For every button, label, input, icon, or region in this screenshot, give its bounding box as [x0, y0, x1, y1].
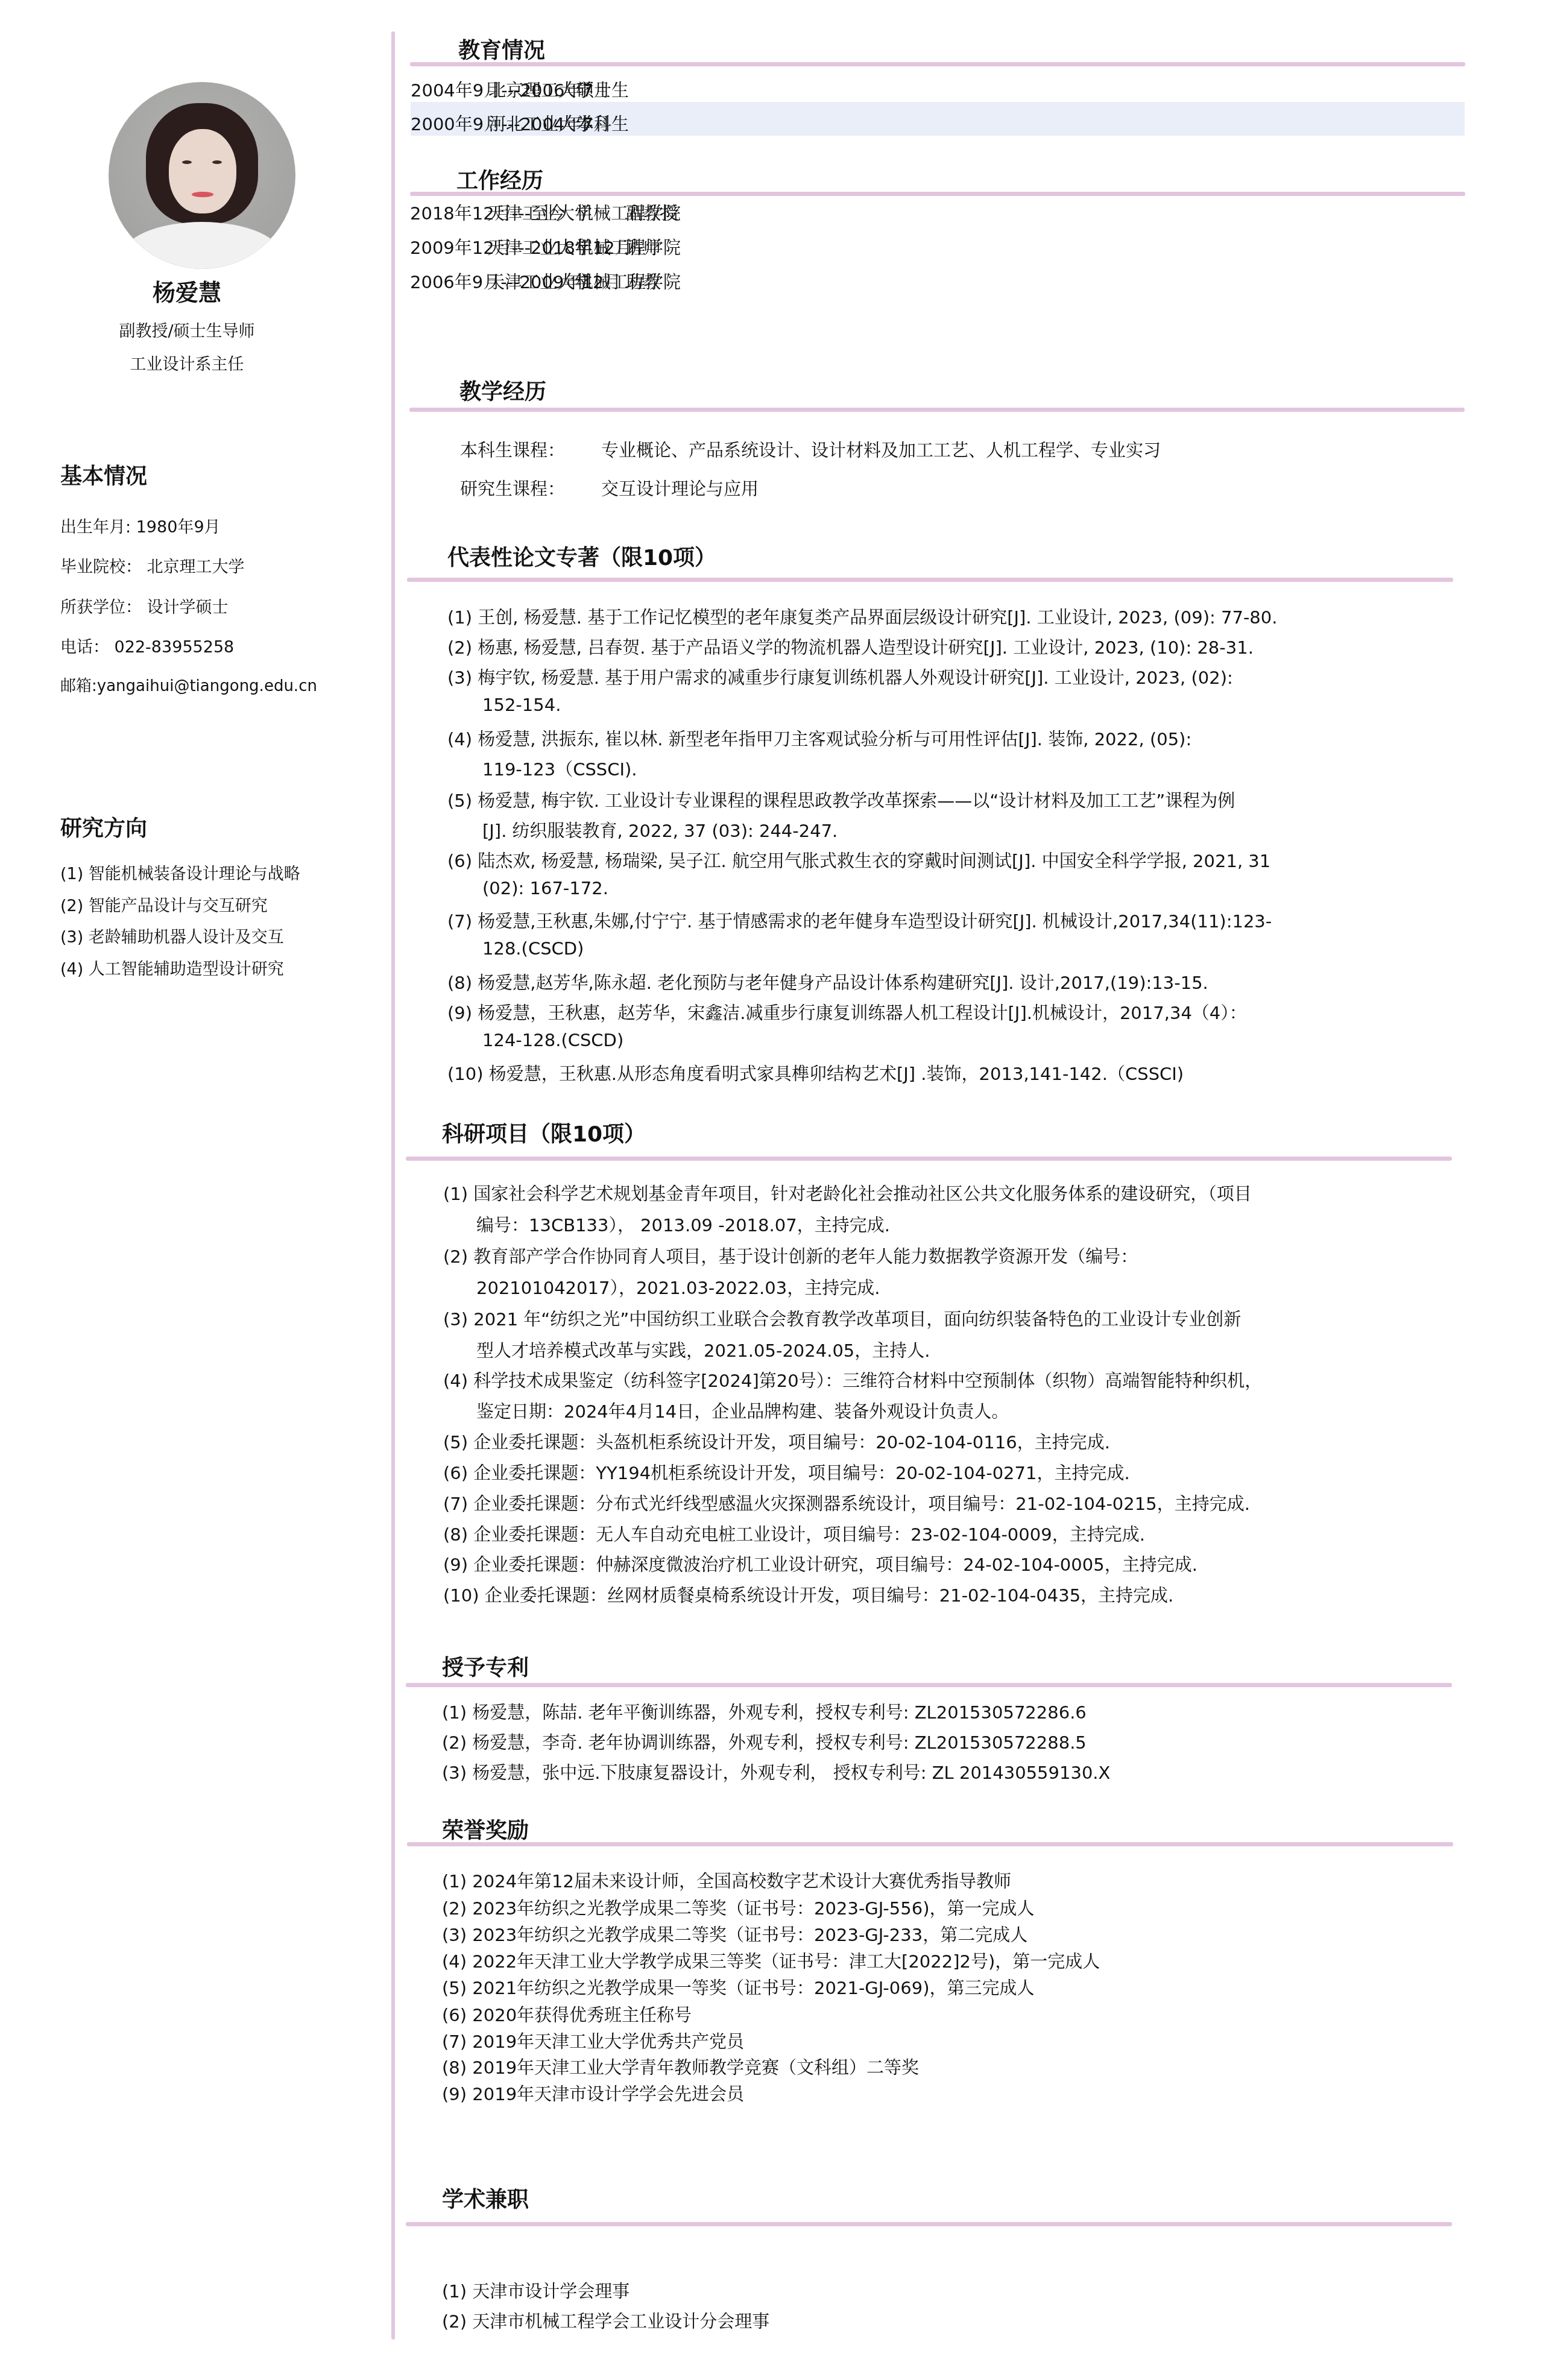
work-role: 助教: [626, 269, 661, 294]
work-rule: [410, 192, 1465, 196]
project-item: (3) 2021 年“纺织之光”中国纺织工业联合会教育教学改革项目，面向纺织装备…: [443, 1306, 1241, 1331]
paper-item-cont: 124-128.(CSCD): [482, 1030, 623, 1050]
project-item-cont: 鉴定日期：2024年4月14日，企业品牌构建、装备外观设计负责人。: [476, 1398, 1009, 1423]
education-heading: 教育情况: [458, 34, 545, 65]
projects-rule: [406, 1157, 1452, 1161]
education-degree: 硕士生: [576, 77, 629, 102]
profile-position: 工业设计系主任: [0, 351, 374, 374]
basic-info-phone: 电话： 022-83955258: [60, 634, 234, 657]
patent-item: (1) 杨爱慧，陈喆. 老年平衡训练器，外观专利，授权专利号: ZL201530…: [442, 1699, 1087, 1724]
paper-item-cont: [J]. 纺织服装教育, 2022, 37 (03): 244-247.: [482, 818, 838, 842]
basic-info-school: 毕业院校： 北京理工大学: [60, 554, 245, 577]
project-item: (7) 企业委托课题：分布式光纤线型感温火灾探测器系统设计，项目编号：21-02…: [443, 1491, 1250, 1515]
profile-title: 副教授/硕士生导师: [0, 318, 374, 341]
honor-item: (1) 2024年第12届未来设计师，全国高校数字艺术设计大赛优秀指导教师: [442, 1868, 1011, 1893]
avatar: [109, 82, 295, 269]
teaching-rule: [409, 408, 1465, 412]
avatar-eye-left: [182, 160, 192, 164]
teaching-value: 交互设计理论与应用: [601, 476, 759, 500]
papers-heading: 代表性论文专著（限10项）: [447, 541, 716, 572]
research-item: (2) 智能产品设计与交互研究: [60, 892, 268, 916]
education-degree: 本科生: [576, 111, 629, 136]
paper-item: (4) 杨爱慧, 洪振东, 崔以林. 新型老年指甲刀主客观试验分析与可用性评估[…: [447, 726, 1191, 751]
teaching-value: 专业概论、产品系统设计、设计材料及加工工艺、人机工程学、专业实习: [601, 437, 1161, 462]
honors-heading: 荣誉奖励: [442, 1814, 529, 1845]
research-item: (1) 智能机械装备设计理论与战略: [60, 860, 300, 884]
paper-item-cont: (02): 167-172.: [482, 878, 608, 898]
paper-item-cont: 152-154.: [482, 695, 561, 715]
academic-role-item: (1) 天津市设计学会理事: [442, 2278, 630, 2303]
column-divider: [391, 31, 395, 2340]
honor-item: (4) 2022年天津工业大学教学成果三等奖（证书号：津工大[2022]2号)，…: [442, 1948, 1100, 1973]
avatar-shirt: [121, 222, 283, 269]
project-item: (8) 企业委托课题：无人车自动充电桩工业设计，项目编号：23-02-104-0…: [443, 1521, 1145, 1546]
teaching-heading: 教学经历: [459, 375, 546, 406]
patents-heading: 授予专利: [442, 1651, 529, 1682]
teaching-label: 本科生课程：: [460, 437, 565, 462]
honor-item: (2) 2023年纺织之光教学成果二等奖（证书号：2023-GJ-556)，第一…: [442, 1895, 1035, 1920]
patents-rule: [406, 1683, 1452, 1687]
project-item-cont: 202101042017），2021.03-2022.03，主持完成.: [476, 1275, 880, 1299]
project-item: (10) 企业委托课题：丝网材质餐桌椅系统设计开发，项目编号：21-02-104…: [443, 1582, 1173, 1607]
research-heading: 研究方向: [60, 812, 147, 842]
paper-item: (8) 杨爱慧,赵芳华,陈永超. 老化预防与老年健身产品设计体系构建研究[J].…: [447, 970, 1208, 994]
honors-rule: [407, 1842, 1453, 1846]
basic-info-birth: 出生年月: 1980年9月: [60, 514, 221, 537]
honor-item: (7) 2019年天津工业大学优秀共产党员: [442, 2028, 744, 2053]
honor-item: (6) 2020年获得优秀班主任称号: [442, 2002, 692, 2027]
patent-item: (3) 杨爱慧，张中远.下肢康复器设计，外观专利， 授权专利号: ZL 2014…: [442, 1760, 1110, 1784]
work-role: 讲师: [626, 235, 661, 259]
honor-item: (8) 2019年天津工业大学青年教师教学竞赛（文科组）二等奖: [442, 2054, 919, 2079]
paper-item: (1) 王创, 杨爱慧. 基于工作记忆模型的老年康复类产品界面层级设计研究[J]…: [447, 604, 1277, 629]
project-item: (6) 企业委托课题：YY194机柜系统设计开发，项目编号：20-02-104-…: [443, 1460, 1130, 1485]
paper-item: (2) 杨惠, 杨爱慧, 吕春贺. 基于产品语义学的物流机器人造型设计研究[J]…: [447, 634, 1254, 659]
paper-item: (5) 杨爱慧, 梅宇钦. 工业设计专业课程的课程思政教学改革探索——以“设计材…: [447, 788, 1235, 812]
work-role: 副教授: [626, 200, 678, 225]
teaching-label: 研究生课程：: [460, 476, 565, 500]
project-item: (9) 企业委托课题：仲赫深度微波治疗机工业设计研究，项目编号：24-02-10…: [443, 1551, 1197, 1576]
paper-item: (3) 梅宇钦, 杨爱慧. 基于用户需求的减重步行康复训练机器人外观设计研究[J…: [447, 664, 1233, 689]
honor-item: (9) 2019年天津市设计学学会先进会员: [442, 2081, 744, 2106]
work-heading: 工作经历: [456, 164, 543, 195]
profile-name: 杨爱慧: [0, 274, 374, 307]
education-rule: [410, 62, 1465, 66]
paper-item: (10) 杨爱慧，王秋惠.从形态角度看明式家具榫卯结构艺术[J] .装饰，201…: [447, 1061, 1184, 1085]
project-item-cont: 型人才培养模式改革与实践，2021.05-2024.05，主持人.: [476, 1337, 930, 1362]
basic-info-degree: 所获学位： 设计学硕士: [60, 594, 229, 617]
academic-roles-heading: 学术兼职: [442, 2183, 529, 2214]
avatar-face: [169, 129, 236, 213]
academic-roles-rule: [406, 2222, 1452, 2226]
honor-item: (3) 2023年纺织之光教学成果二等奖（证书号：2023-GJ-233，第二完…: [442, 1922, 1027, 1946]
project-item: (4) 科学技术成果鉴定（纺科签字[2024]第20号）：三维符合材料中空预制体…: [443, 1368, 1262, 1392]
patent-item: (2) 杨爱慧，李奇. 老年协调训练器，外观专利，授权专利号: ZL201530…: [442, 1729, 1087, 1754]
papers-rule: [407, 578, 1453, 582]
basic-info-heading: 基本情况: [60, 459, 147, 490]
paper-item-cont: 119-123（CSSCI).: [482, 756, 637, 781]
project-item: (1) 国家社会科学艺术规划基金青年项目，针对老龄化社会推动社区公共文化服务体系…: [443, 1181, 1252, 1205]
paper-item: (7) 杨爱慧,王秋惠,朱娜,付宁宁. 基于情感需求的老年健身车造型设计研究[J…: [447, 908, 1272, 933]
project-item-cont: 编号：13CB133）， 2013.09 -2018.07，主持完成.: [476, 1212, 890, 1237]
honor-item: (5) 2021年纺织之光教学成果一等奖（证书号：2021-GJ-069)，第三…: [442, 1975, 1035, 2000]
project-item: (5) 企业委托课题：头盔机柜系统设计开发，项目编号：20-02-104-011…: [443, 1429, 1110, 1454]
research-item: (3) 老龄辅助机器人设计及交互: [60, 924, 284, 947]
paper-item: (9) 杨爱慧，王秋惠，赵芳华，宋鑫洁.减重步行康复训练器人机工程设计[J].机…: [447, 1000, 1247, 1024]
academic-role-item: (2) 天津市机械工程学会工业设计分会理事: [442, 2308, 769, 2333]
paper-item: (6) 陆杰欢, 杨爱慧, 杨瑞梁, 吴子江. 航空用气胀式救生衣的穿戴时间测试…: [447, 848, 1270, 873]
project-item: (2) 教育部产学合作协同育人项目，基于设计创新的老年人能力数据教学资源开发（编…: [443, 1243, 1138, 1268]
basic-info-email[interactable]: 邮箱:yangaihui@tiangong.edu.cn: [60, 674, 317, 696]
avatar-lips: [192, 192, 213, 197]
projects-heading: 科研项目（限10项）: [442, 1117, 646, 1148]
paper-item-cont: 128.(CSCD): [482, 938, 584, 959]
research-item: (4) 人工智能辅助造型设计研究: [60, 956, 284, 979]
avatar-eye-right: [212, 160, 222, 164]
